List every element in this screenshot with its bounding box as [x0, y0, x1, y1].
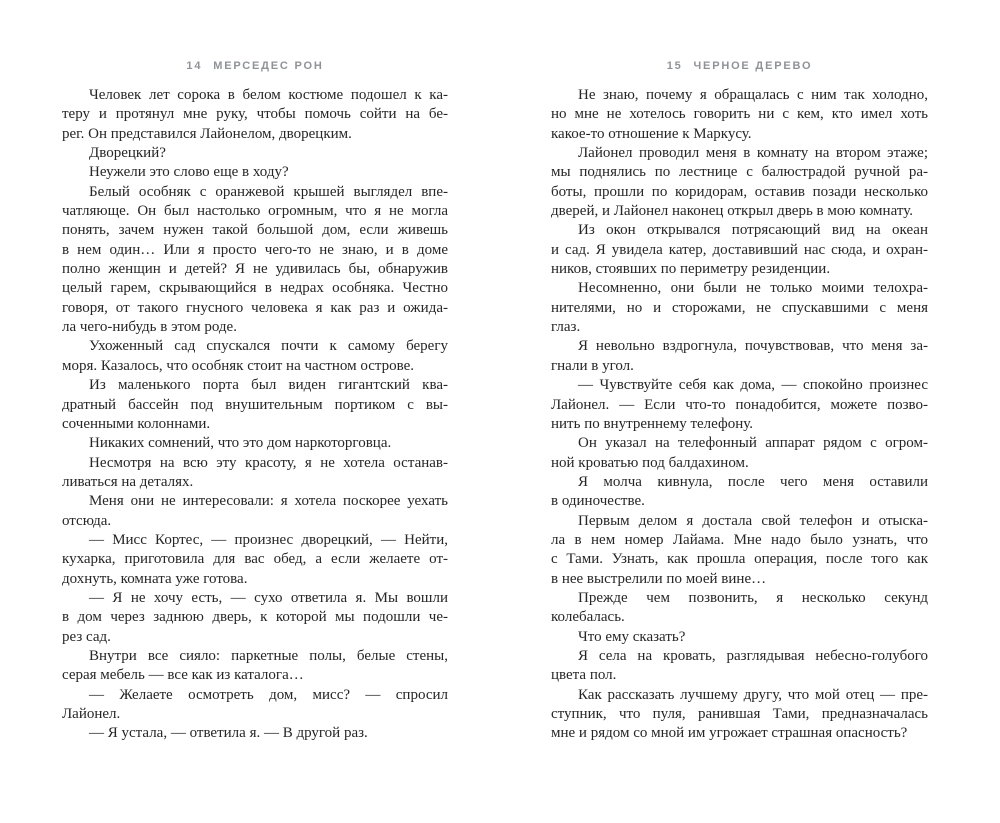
running-title: МЕРСЕДЕС РОН [213, 60, 323, 72]
text-line: Никаких сомнений, что это дом наркоторго… [62, 434, 448, 453]
text-line: нителями, но и сторожами, не спускавшими… [551, 299, 928, 318]
text-line: дверей, и Лайонел наконец открыл дверь в… [551, 202, 928, 221]
text-line: колебалась. [551, 608, 928, 627]
text-line: серая мебель — все как из каталога… [62, 666, 448, 685]
text-line: — Я устала, — ответила я. — В другой раз… [62, 724, 448, 743]
text-line: Неужели это слово еще в ходу? [62, 163, 448, 182]
text-line: Дворецкий? [62, 144, 448, 163]
text-line: глаз. [551, 318, 928, 337]
text-line: Первым делом я достала свой телефон и от… [551, 512, 928, 531]
text-line: Прежде чем позвонить, я несколько секунд [551, 589, 928, 608]
text-line: Из маленького порта был виден гигантский… [62, 376, 448, 395]
text-line: и сад. Я увидела катер, доставивший нас … [551, 241, 928, 260]
text-line: понять, зачем нужен такой большой дом, е… [62, 221, 448, 240]
text-line: ла чего-нибудь в этом роде. [62, 318, 448, 337]
text-line: в нем один… Или я просто чего-то не знаю… [62, 241, 448, 260]
text-line: дохнуть, комната уже готова. [62, 570, 448, 589]
text-line: гнали в угол. [551, 357, 928, 376]
running-header-right: 15ЧЕРНОЕ ДЕРЕВО [551, 60, 928, 73]
text-line: рез сад. [62, 628, 448, 647]
text-line: целый гарем, скрывающийся в недрах особн… [62, 279, 448, 298]
text-line: Как рассказать лучшему другу, что мой от… [551, 686, 928, 705]
text-line: мне и рядом со мной им угрожает страшная… [551, 724, 928, 743]
page-number: 14 [186, 60, 202, 72]
text-line: Белый особняк с оранжевой крышей выгляде… [62, 183, 448, 202]
text-line: Лайонел проводил меня в комнату на второ… [551, 144, 928, 163]
text-line: Я невольно вздрогнула, почувствовав, что… [551, 337, 928, 356]
text-line: Несомненно, они были не только моими тел… [551, 279, 928, 298]
text-line: но мне не хотелось говорить ни с кем, кт… [551, 105, 928, 124]
text-line: Лайонел. — Если что-то понадобится, може… [551, 396, 928, 415]
text-line: Я села на кровать, разглядывая небесно-г… [551, 647, 928, 666]
text-line: Не знаю, почему я обращалась с ним так х… [551, 86, 928, 105]
text-line: в нее выстрелили по моей вине… [551, 570, 928, 589]
text-line: отсюда. [62, 512, 448, 531]
text-line: Я молча кивнула, после чего меня оставил… [551, 473, 928, 492]
text-line: ла в нем номер Лайама. Мне надо было узн… [551, 531, 928, 550]
running-title: ЧЕРНОЕ ДЕРЕВО [694, 60, 813, 72]
text-line: нить по внутреннему телефону. [551, 415, 928, 434]
text-line: теру и протянул мне руку, чтобы помочь с… [62, 105, 448, 124]
text-line: соченными колоннами. [62, 415, 448, 434]
text-line: моря. Казалось, что особняк стоит на час… [62, 357, 448, 376]
text-line: какое-то отношение к Маркусу. [551, 125, 928, 144]
text-line: ников, стоявших по периметру резиденции. [551, 260, 928, 279]
text-line: полно женщин и детей? Я не удивилась бы,… [62, 260, 448, 279]
text-line: Из окон открывался потрясающий вид на ок… [551, 221, 928, 240]
text-line: рег. Он представился Лайонелом, дворецки… [62, 125, 448, 144]
text-line: — Чувствуйте себя как дома, — спокойно п… [551, 376, 928, 395]
page-right: 15ЧЕРНОЕ ДЕРЕВО Не знаю, почему я обраща… [551, 60, 928, 744]
page-text: Не знаю, почему я обращалась с ним так х… [551, 86, 928, 744]
text-line: Несмотря на всю эту красоту, я не хотела… [62, 454, 448, 473]
text-line: — Желаете осмотреть дом, мисс? — спросил [62, 686, 448, 705]
text-line: кухарка, приготовила для вас обед, а есл… [62, 550, 448, 569]
text-line: Внутри все сияло: паркетные полы, белые … [62, 647, 448, 666]
text-line: — Я не хочу есть, — сухо ответила я. Мы … [62, 589, 448, 608]
text-line: боты, прошли по коридорам, оставив позад… [551, 183, 928, 202]
text-line: ступник, что пуля, ранившая Тами, предна… [551, 705, 928, 724]
text-line: мы поднялись по лестнице с балюстрадой р… [551, 163, 928, 182]
text-line: Что ему сказать? [551, 628, 928, 647]
book-spread: 14МЕРСЕДЕС РОН Человек лет сорока в бело… [0, 0, 1000, 823]
page-text: Человек лет сорока в белом костюме подош… [62, 86, 448, 744]
text-line: в одиночестве. [551, 492, 928, 511]
text-line: ливаться на деталях. [62, 473, 448, 492]
text-line: Человек лет сорока в белом костюме подош… [62, 86, 448, 105]
text-line: ной кроватью под балдахином. [551, 454, 928, 473]
running-header-left: 14МЕРСЕДЕС РОН [62, 60, 448, 73]
text-line: говоря, от такого гнусного человека я ка… [62, 299, 448, 318]
text-line: цвета пол. [551, 666, 928, 685]
text-line: Лайонел. [62, 705, 448, 724]
text-line: — Мисс Кортес, — произнес дворецкий, — Н… [62, 531, 448, 550]
page-number: 15 [667, 60, 683, 72]
text-line: чатляюще. Он был настолько огромным, что… [62, 202, 448, 221]
page-left: 14МЕРСЕДЕС РОН Человек лет сорока в бело… [62, 60, 448, 744]
text-line: в дом через заднюю дверь, к которой мы п… [62, 608, 448, 627]
text-line: Ухоженный сад спускался почти к самому б… [62, 337, 448, 356]
text-line: Меня они не интересовали: я хотела поско… [62, 492, 448, 511]
text-line: с Тами. Узнать, как прошла операция, пос… [551, 550, 928, 569]
text-line: Он указал на телефонный аппарат рядом с … [551, 434, 928, 453]
text-line: дратный бассейн под внушительным портико… [62, 396, 448, 415]
